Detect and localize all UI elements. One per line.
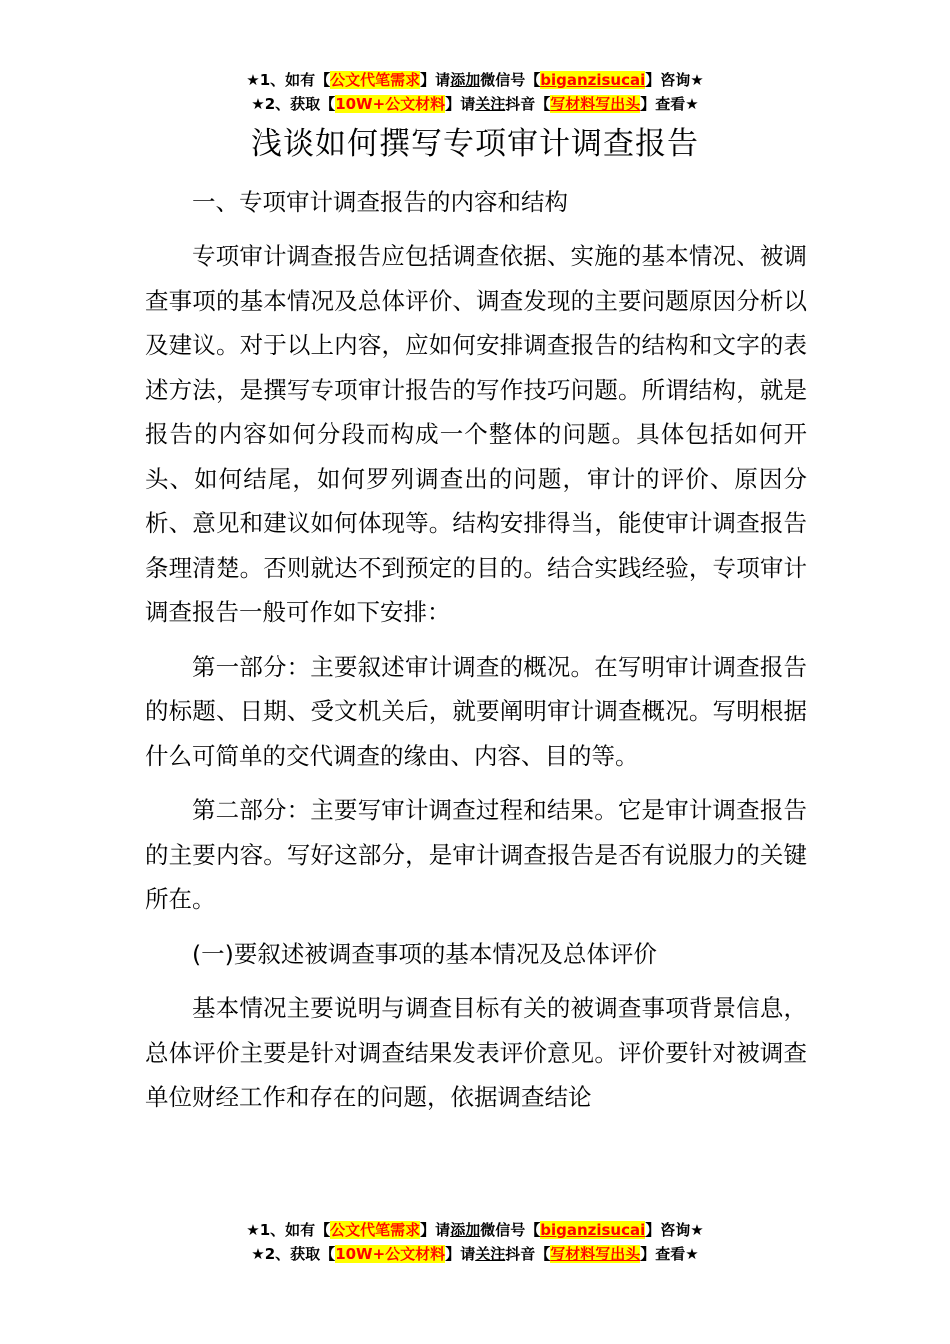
highlight-douyin-account: 写材料写出头	[550, 1245, 640, 1263]
promo-line-2: ★2、获取【10W+公文材料】请关注抖音【写材料写出头】查看★	[0, 1242, 950, 1266]
promo-text: 】请	[420, 1221, 450, 1239]
highlight-materials: 10W+公文材料	[335, 95, 445, 113]
section-heading: 一、专项审计调查报告的内容和结构	[145, 180, 807, 224]
promo-banner-bottom: ★1、如有【公文代笔需求】请添加微信号【biganzisucai】咨询★ ★2、…	[0, 1218, 950, 1266]
promo-text: ★2、获取【	[251, 95, 335, 113]
underlined-add: 添加	[450, 1221, 480, 1239]
paragraph-intro: 专项审计调查报告应包括调查依据、实施的基本情况、被调查事项的基本情况及总体评价、…	[145, 234, 807, 635]
underlined-follow: 关注	[475, 1245, 505, 1263]
highlight-materials: 10W+公文材料	[335, 1245, 445, 1263]
document-title: 浅谈如何撰写专项审计调查报告	[0, 122, 950, 166]
promo-text: 】请	[445, 1245, 475, 1263]
underlined-add: 添加	[450, 71, 480, 89]
paragraph-part-two: 第二部分：主要写审计调查过程和结果。它是审计调查报告的主要内容。写好这部分，是审…	[145, 788, 807, 922]
highlight-douyin-account: 写材料写出头	[550, 95, 640, 113]
promo-text: ★1、如有【	[246, 1221, 330, 1239]
promo-text: ★2、获取【	[251, 1245, 335, 1263]
promo-line-1: ★1、如有【公文代笔需求】请添加微信号【biganzisucai】咨询★	[0, 1218, 950, 1242]
promo-banner-top: ★1、如有【公文代笔需求】请添加微信号【biganzisucai】咨询★ ★2、…	[0, 68, 950, 116]
promo-line-1: ★1、如有【公文代笔需求】请添加微信号【biganzisucai】咨询★	[0, 68, 950, 92]
paragraph-part-one: 第一部分：主要叙述审计调查的概况。在写明审计调查报告的标题、日期、受文机关后，就…	[145, 645, 807, 779]
highlight-wechat-id: biganzisucai	[540, 71, 645, 89]
promo-text: 】查看★	[640, 1245, 698, 1263]
promo-text: 】请	[420, 71, 450, 89]
promo-text: 】查看★	[640, 95, 698, 113]
promo-text: 抖音【	[505, 1245, 550, 1263]
promo-line-2: ★2、获取【10W+公文材料】请关注抖音【写材料写出头】查看★	[0, 92, 950, 116]
underlined-follow: 关注	[475, 95, 505, 113]
promo-text: 】咨询★	[645, 71, 703, 89]
promo-text: 微信号【	[480, 71, 540, 89]
document-body: 一、专项审计调查报告的内容和结构 专项审计调查报告应包括调查依据、实施的基本情况…	[145, 180, 807, 1120]
paragraph-basic-info: 基本情况主要说明与调查目标有关的被调查事项背景信息，总体评价主要是针对调查结果发…	[145, 986, 807, 1120]
highlight-service: 公文代笔需求	[330, 71, 420, 89]
promo-text: ★1、如有【	[246, 71, 330, 89]
promo-text: 抖音【	[505, 95, 550, 113]
highlight-service: 公文代笔需求	[330, 1221, 420, 1239]
subsection-heading: (一)要叙述被调查事项的基本情况及总体评价	[145, 932, 807, 977]
highlight-wechat-id: biganzisucai	[540, 1221, 645, 1239]
promo-text: 微信号【	[480, 1221, 540, 1239]
promo-text: 】请	[445, 95, 475, 113]
promo-text: 】咨询★	[645, 1221, 703, 1239]
